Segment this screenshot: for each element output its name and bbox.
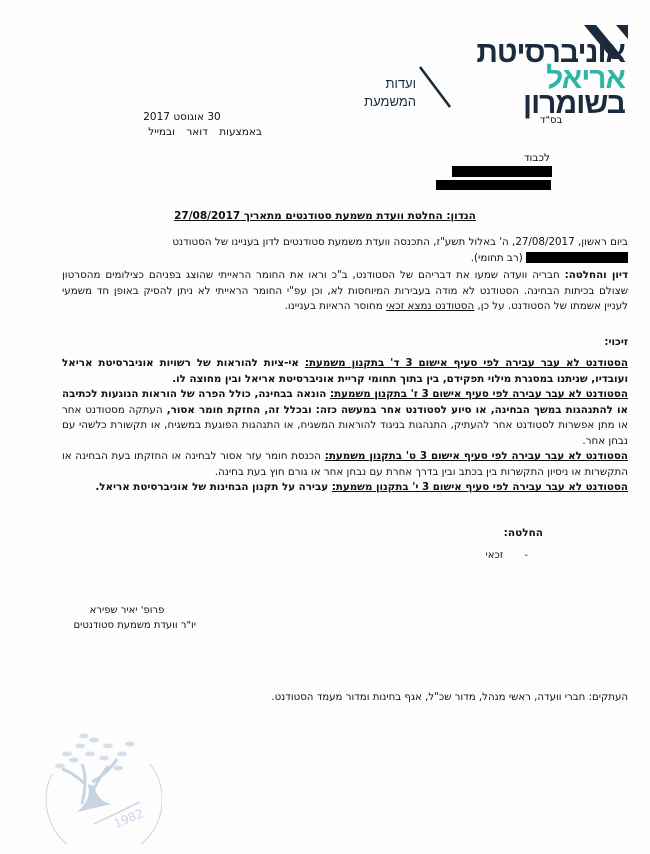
acquittal-list: הסטודנט לא עבר עבירה לפי סעיף אישום 3 ד'…: [62, 356, 628, 496]
acquittal-item-heading: הסטודנט לא עבר עבירה לפי סעיף אישום 3 ז'…: [330, 388, 628, 400]
acquittal-item-bold-text: החזקת חומר אסור,: [167, 404, 261, 416]
acquittal-item: הסטודנט לא עבר עבירה לפי סעיף אישום 3 ד'…: [62, 356, 628, 387]
decision-label: החלטה:: [504, 527, 543, 539]
acquittal-item: הסטודנט לא עבר עבירה לפי סעיף אישום 3 ז'…: [62, 387, 628, 449]
acquittal-item-heading: הסטודנט לא עבר עבירה לפי סעיף אישום 3 ט'…: [325, 450, 628, 462]
subject-line: הנדון: החלטת וועדת משמעת סטודנטים מתאריך…: [60, 210, 590, 222]
committee-line2: המשמעת: [364, 93, 416, 111]
date-block: 30 אוגוסט 2017 באמצעות דואר ובמייל: [102, 110, 262, 140]
decision-item-text: זכאי: [486, 550, 504, 561]
discussion-label: דיון והחלטה:: [565, 269, 628, 281]
acquittal-label: זיכוי:: [62, 335, 628, 351]
committee-name: ועדות המשמעת: [364, 75, 416, 111]
signature-block: פרופ' יאיר שפירא יו"ר וועדת משמעת סטודנט…: [68, 603, 196, 633]
svg-text:1982: 1982: [112, 806, 146, 830]
bullet-dash: -: [524, 550, 528, 561]
decision-item: - זכאי: [486, 550, 528, 561]
redacted-student-name: [526, 252, 628, 263]
intro-suffix: (רב תחומי).: [471, 252, 523, 264]
discussion-tail: מחוסר הראיות בעניינו.: [285, 300, 383, 312]
intro-paragraph: ביום ראשון, 27/08/2017, ה' באלול תשע"ז, …: [62, 235, 628, 266]
logo-text-line3: בשומרון: [523, 89, 625, 119]
cc-line: העתקים: חברי וועדה, ראשי מנהל, מדור שכ"ל…: [271, 692, 628, 703]
recipient-salutation: לכבוד: [524, 152, 550, 164]
acquittal-item-heading: הסטודנט לא עבר עבירה לפי סעיף אישום 3 ד'…: [305, 357, 628, 369]
committee-line1: ועדות: [364, 75, 416, 93]
acquittal-item-text: עבירה על תקנון הבחינות של אוניברסיטת ארי…: [95, 481, 328, 493]
delivery-method: באמצעות דואר ובמייל: [102, 125, 262, 140]
university-seal-tree-icon: 1982: [22, 724, 162, 844]
letter-date: 30 אוגוסט 2017: [102, 110, 262, 125]
signatory-name: פרופ' יאיר שפירא: [68, 603, 196, 618]
bsd-mark: בס"ד: [540, 115, 562, 126]
redacted-recipient-address: [436, 180, 551, 190]
signatory-title: יו"ר וועדת משמעת סטודנטים: [74, 620, 197, 631]
acquittal-item: הסטודנט לא עבר עבירה לפי סעיף אישום 3 י'…: [62, 480, 628, 496]
discussion-paragraph: דיון והחלטה: חבריה וועדה שמעו את דבריהם …: [62, 268, 628, 315]
logo-divider-slash-icon: [418, 66, 452, 108]
intro-text: ביום ראשון, 27/08/2017, ה' באלול תשע"ז, …: [172, 236, 628, 248]
verdict-text: הסטודנט נמצא זכאי: [386, 300, 474, 312]
acquittal-item: הסטודנט לא עבר עבירה לפי סעיף אישום 3 ט'…: [62, 449, 628, 480]
acquittal-item-heading: הסטודנט לא עבר עבירה לפי סעיף אישום 3 י'…: [332, 481, 628, 493]
redacted-recipient-name: [452, 166, 552, 177]
